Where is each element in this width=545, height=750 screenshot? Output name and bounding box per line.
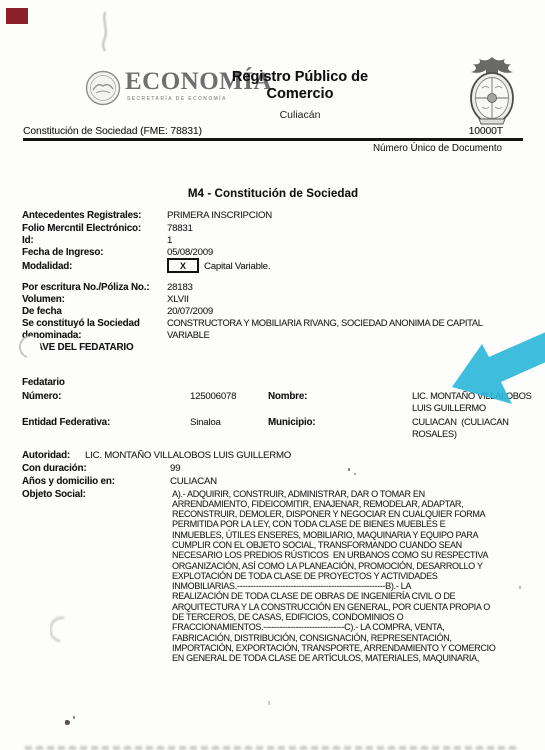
annotation-arrow-shape — [452, 331, 545, 404]
registry-document-page: ECONOMÍA SECRETARÍA DE ECONOMÍA Registro… — [0, 0, 545, 750]
cutoff-text-line — [25, 746, 520, 750]
annotation-arrow-icon — [0, 0, 545, 750]
